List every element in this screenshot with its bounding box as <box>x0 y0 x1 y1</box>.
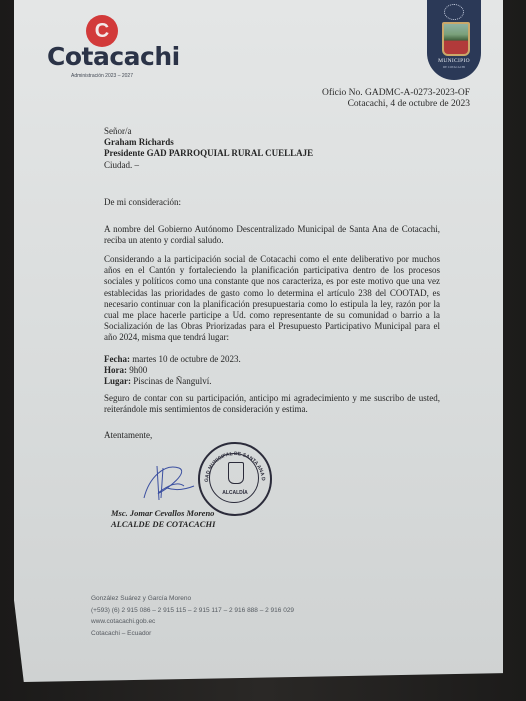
greeting: De mi consideración: <box>104 197 181 208</box>
signer-name: Msc. Jomar Cevallos Moreno <box>111 508 215 519</box>
paragraph-1: A nombre del Gobierno Autónomo Descentra… <box>104 224 440 246</box>
signature-scribble-icon <box>139 458 199 508</box>
office-number: Oficio No. GADMC-A-0273-2023-OF <box>322 88 470 99</box>
event-place: Lugar: Piscinas de Ñangulví. <box>104 376 241 387</box>
footer-website[interactable]: www.cotacachi.gob.ec <box>91 616 294 628</box>
seal-shield-icon <box>228 462 244 484</box>
footer-location: Cotacachi – Ecuador <box>91 628 294 640</box>
alcaldia-seal-icon: GAD MUNICIPAL DE SANTA ANA DE COTACACHI … <box>198 442 272 516</box>
signer-block: Msc. Jomar Cevallos Moreno ALCALDE DE CO… <box>111 508 215 530</box>
paragraph-2: Considerando a la participación social d… <box>104 254 440 344</box>
time-value: 9h00 <box>129 365 147 375</box>
event-date: Fecha: martes 10 de octubre de 2023. <box>104 354 241 365</box>
footer-phones: (+593) (6) 2 915 086 – 2 915 115 – 2 915… <box>91 605 294 617</box>
stars-ring-icon <box>444 4 464 20</box>
crest-label: MUNICIPIO <box>427 58 481 64</box>
closing: Atentamente, <box>104 430 152 441</box>
seal-label: ALCALDÍA <box>200 490 270 496</box>
letter-page: C Cotacachi Administración 2023 – 2027 M… <box>14 0 503 682</box>
recipient-salutation: Señor/a <box>104 126 313 137</box>
signer-title: ALCALDE DE COTACACHI <box>111 519 215 530</box>
crest-sublabel: DE COTACACHI <box>427 65 481 69</box>
logo-letter: C <box>95 20 109 43</box>
date-label: Fecha: <box>104 354 130 364</box>
recipient-city: Ciudad. – <box>104 160 313 171</box>
logo-wordmark: Cotacachi <box>47 42 180 71</box>
footer-address: González Suárez y García Moreno <box>91 593 294 605</box>
event-details: Fecha: martes 10 de octubre de 2023. Hor… <box>104 354 241 388</box>
place-value: Piscinas de Ñangulví. <box>133 376 211 386</box>
event-time: Hora: 9h00 <box>104 365 241 376</box>
recipient-block: Señor/a Graham Richards Presidente GAD P… <box>104 126 313 171</box>
administration-period: Administración 2023 – 2027 <box>71 73 133 79</box>
place-label: Lugar: <box>104 376 131 386</box>
reference-block: Oficio No. GADMC-A-0273-2023-OF Cotacach… <box>322 88 470 110</box>
time-label: Hora: <box>104 365 127 375</box>
date-value: martes 10 de octubre de 2023. <box>132 354 240 364</box>
footer: González Suárez y García Moreno (+593) (… <box>91 593 294 639</box>
municipal-crest-icon: MUNICIPIO DE COTACACHI <box>427 0 481 80</box>
place-date: Cotacachi, 4 de octubre de 2023 <box>322 99 470 110</box>
paragraph-3: Seguro de contar con su participación, a… <box>104 393 440 415</box>
coat-of-arms-icon <box>442 22 470 56</box>
recipient-title: Presidente GAD PARROQUIAL RURAL CUELLAJE <box>104 148 313 159</box>
recipient-name: Graham Richards <box>104 137 313 148</box>
